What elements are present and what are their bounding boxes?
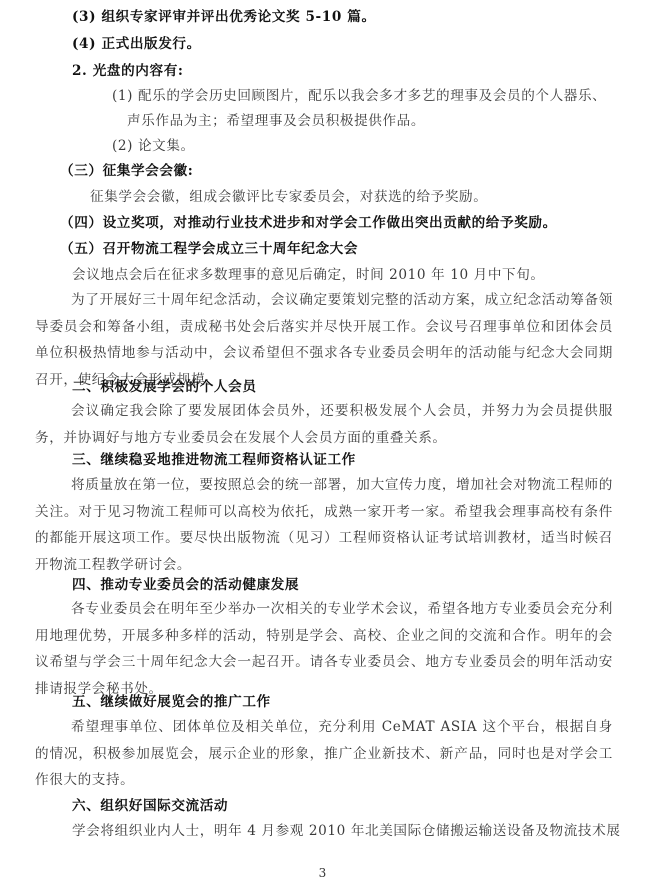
section-heading-4: （四）设立奖项，对推动行业技术进步和对学会工作做出突出贡献的给予奖励。	[60, 214, 557, 232]
heading-5: 五、继续做好展览会的推广工作	[72, 693, 271, 711]
paragraph-5: 希望理事单位、团体单位及相关单位，充分利用 CeMAT ASIA 这个平台，根据…	[35, 714, 613, 794]
section-heading-5: （五）召开物流工程学会成立三十周年纪念大会	[60, 240, 358, 258]
disc-item-2: (2) 论文集。	[112, 137, 195, 155]
heading-3: 三、继续稳妥地推进物流工程师资格认证工作	[72, 451, 356, 469]
paragraph-4: 各专业委员会在明年至少举办一次相关的专业学术会议，希望各地方专业委员会充分利用地…	[35, 596, 613, 702]
list-item-4: (4) 正式出版发行。	[72, 35, 201, 53]
paragraph-6: 学会将组织业内人士，明年 4 月参观 2010 年北美国际仓储搬运输送设备及物流…	[72, 822, 621, 840]
heading-4: 四、推动专业委员会的活动健康发展	[72, 576, 299, 594]
disc-item-1-cont: 声乐作品为主；希望理事及会员积极提供作品。	[127, 112, 425, 130]
document-page: (3) 组织专家评审并评出优秀论文奖 5-10 篇。 (4) 正式出版发行。 2…	[0, 0, 645, 883]
disc-item-1: (1) 配乐的学会历史回顾图片，配乐以我会多才多艺的理事及会员的个人器乐、	[112, 87, 606, 105]
section-heading-3: （三）征集学会会徽:	[60, 162, 193, 180]
heading-2: 二、积极发展学会的个人会员	[72, 378, 257, 396]
section-3-body: 征集学会会徽，组成会徽评比专家委员会，对获选的给予奖励。	[90, 188, 487, 206]
section-5-body: 会议地点会后在征求多数理事的意见后确定，时间 2010 年 10 月中下旬。	[72, 266, 545, 284]
paragraph-2: 会议确定我会除了要发展团体会员外，还要积极发展个人会员，并努力为会员提供服务，并…	[35, 398, 613, 451]
page-number: 3	[0, 866, 645, 880]
section-heading-disc: 2. 光盘的内容有:	[72, 62, 184, 80]
list-item-3: (3) 组织专家评审并评出优秀论文奖 5-10 篇。	[72, 8, 376, 26]
paragraph-3: 将质量放在第一位，要按照总会的统一部署，加大宣传力度，增加社会对物流工程师的关注…	[35, 472, 613, 578]
heading-6: 六、组织好国际交流活动	[72, 797, 228, 815]
